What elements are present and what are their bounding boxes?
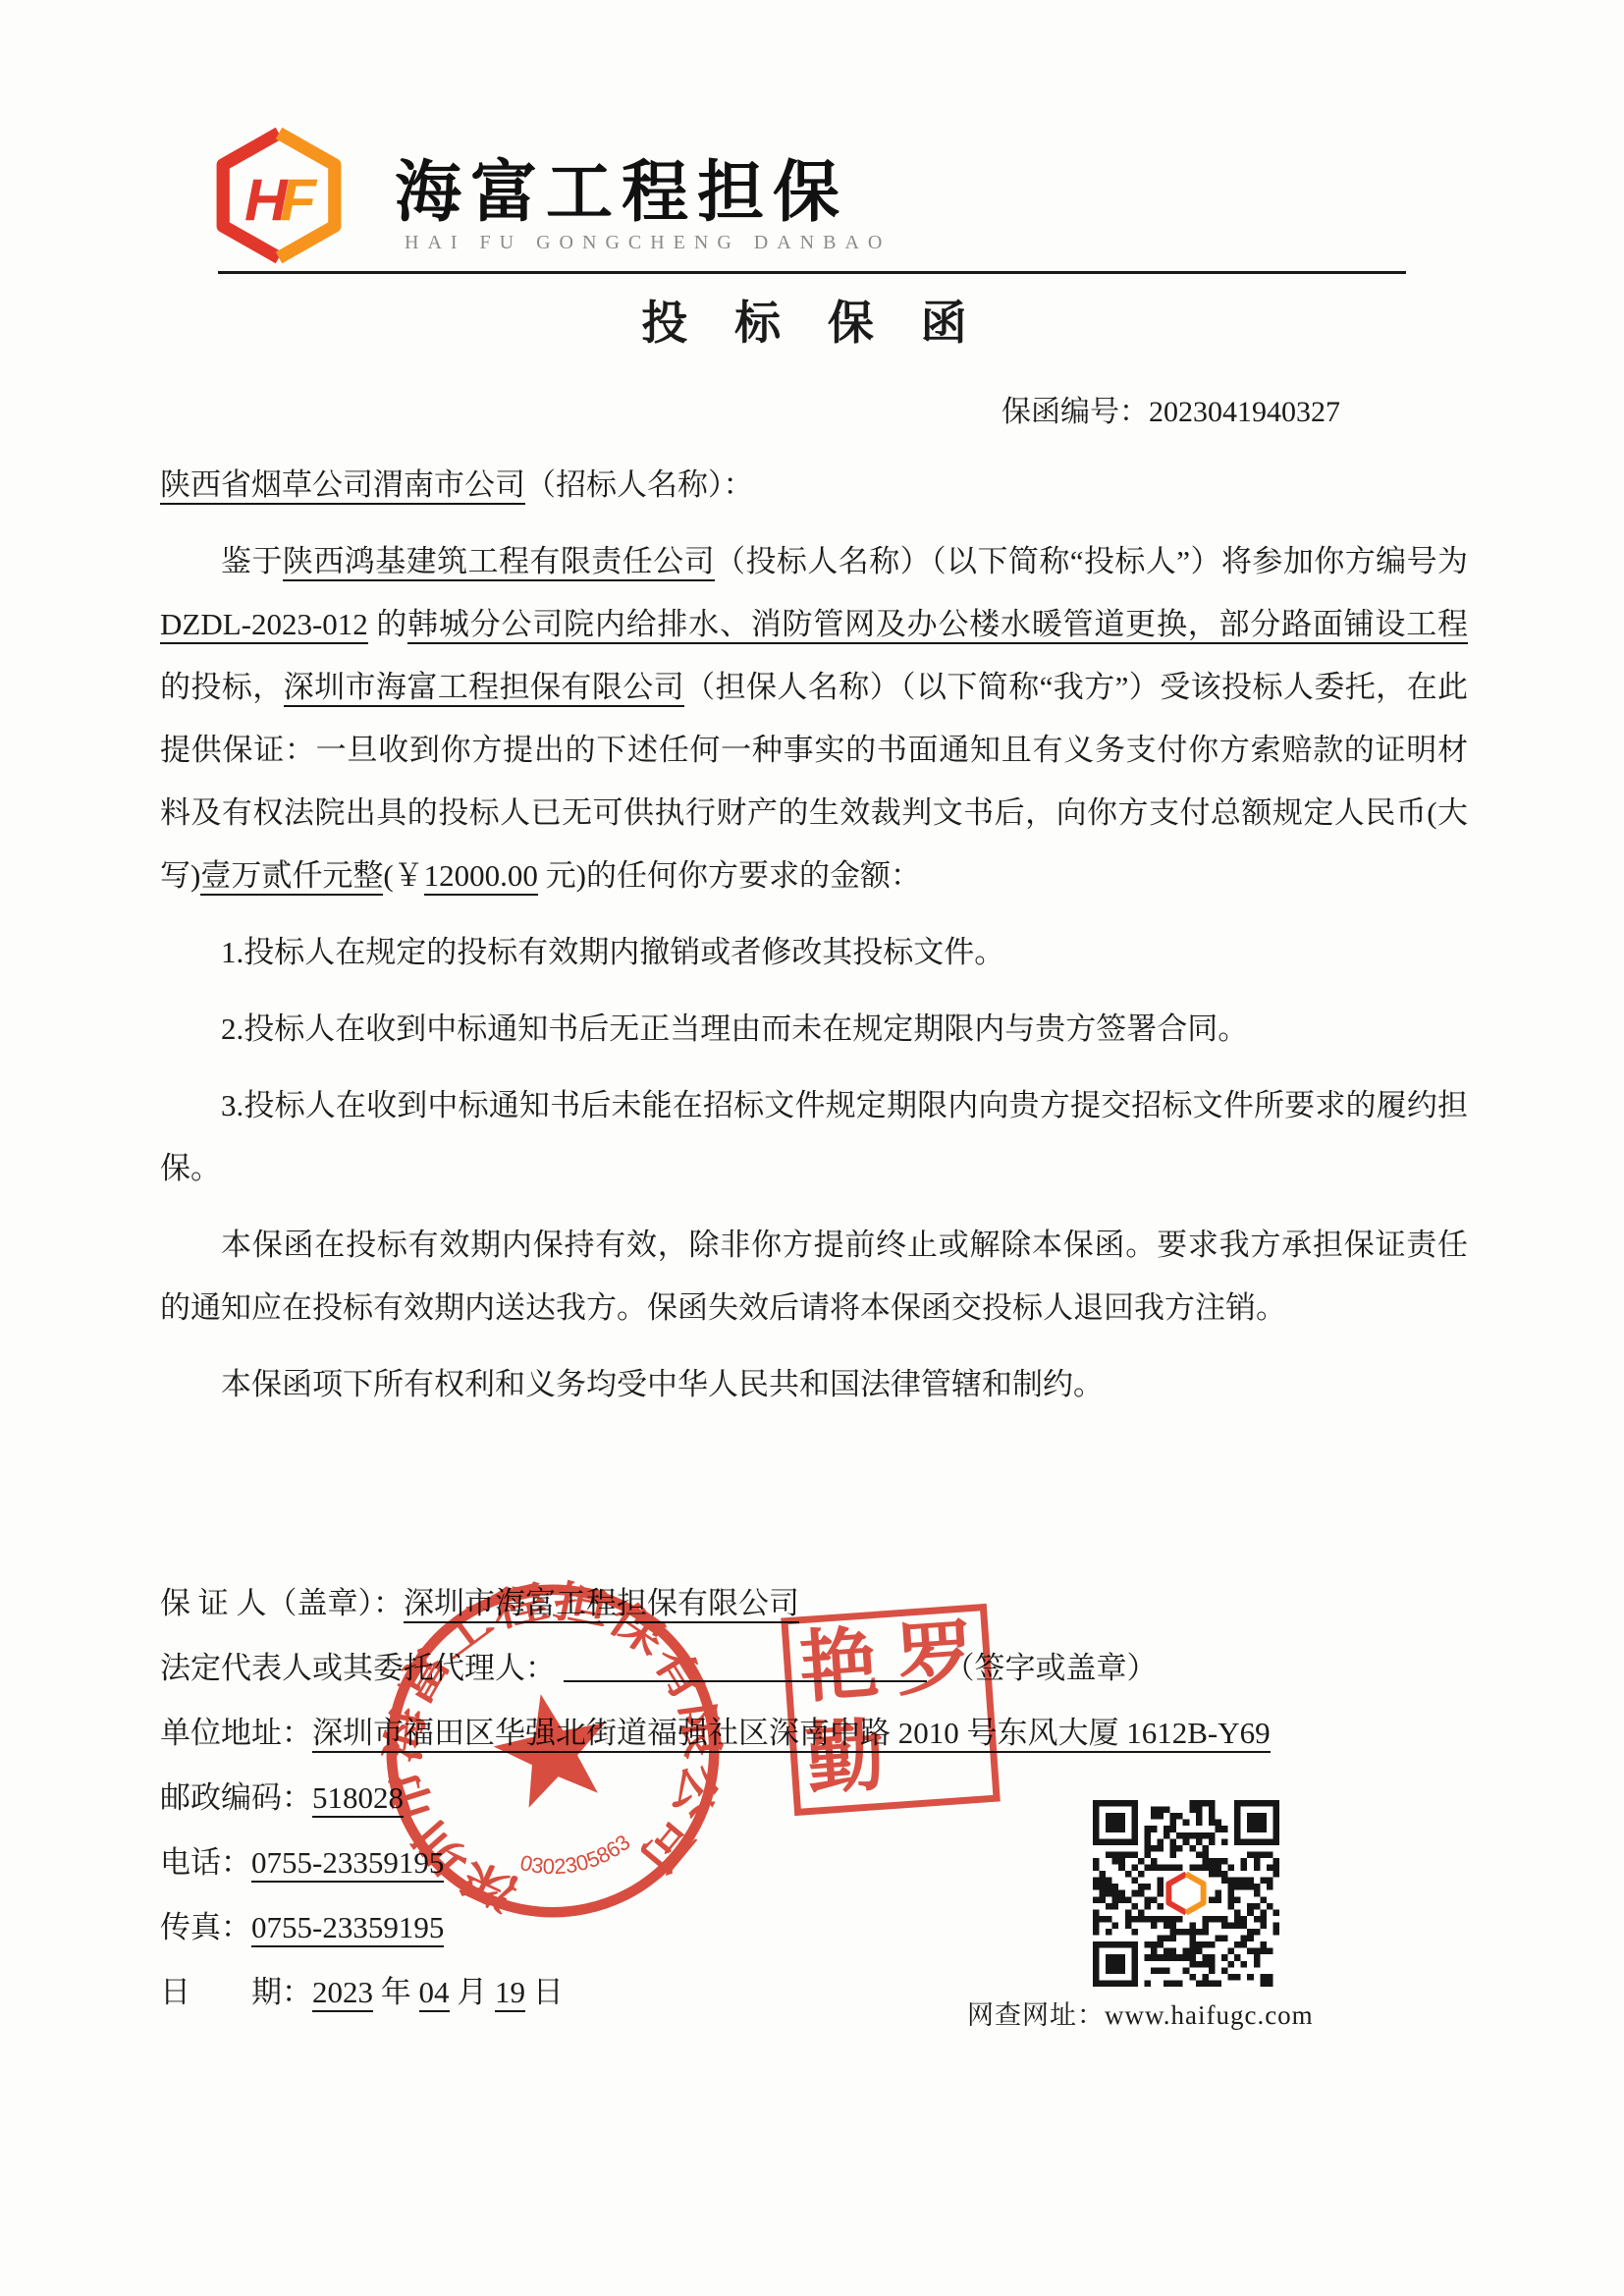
qr-code [1093,1800,1279,1987]
fax-row: 传真：0755-23359195 [160,1903,1515,1968]
document-body: 陕西省烟草公司渭南市公司（招标人名称）： 鉴于陕西鸿基建筑工程有限责任公司（投标… [160,454,1468,1416]
brand-name: 海富工程担保 [395,139,848,235]
guarantee-number-label: 保函编号： [1001,396,1149,428]
verification-url: 网查网址：www.haifugc.com [967,1994,1314,2032]
salutation: 陕西省烟草公司渭南市公司（招标人名称）： [160,454,1468,517]
body-paragraph-whereas: 鉴于陕西鸿基建筑工程有限责任公司（投标人名称）（以下简称“投标人”）将参加你方编… [160,530,1468,907]
body-list-item-3: 3.投标人在收到中标通知书后未能在招标文件规定期限内向贵方提交招标文件所要求的履… [160,1074,1468,1200]
guarantee-number-value: 2023041940327 [1149,396,1340,428]
header-divider [218,271,1406,274]
postal-code-row: 邮政编码：518028 [160,1774,1515,1838]
legal-representative-row: 法定代表人或其委托代理人： （签字或盖章） [160,1644,1515,1709]
verification-url-label: 网查网址： [967,2000,1105,2030]
brand-subtitle: HAI FU GONGCHENG DANBAO [405,232,891,254]
body-list-item-1: 1.投标人在规定的投标有效期内撤销或者修改其投标文件。 [160,921,1468,984]
document-title: 投 标 保 函 [160,287,1466,353]
body-paragraph-law: 本保函项下所有权利和义务均受中华人民共和国法律管辖和制约。 [160,1353,1468,1416]
qr-center-logo-icon [1164,1872,1208,1915]
guarantee-number: 保函编号：2023041940327 [1001,387,1340,430]
signature-block: 保 证 人（盖章）：深圳市海富工程担保有限公司 法定代表人或其委托代理人： （签… [160,1579,1515,2033]
svg-text:F: F [280,167,318,234]
verification-url-value: www.haifugc.com [1105,2000,1314,2030]
body-paragraph-validity: 本保函在投标有效期内保持有效，除非你方提前终止或解除本保函。要求我方承担保证责任… [160,1214,1468,1339]
body-list-item-2: 2.投标人在收到中标通知书后无正当理由而未在规定期限内与贵方签署合同。 [160,998,1468,1061]
haifu-logo-icon: H F [204,126,353,265]
guarantor-row: 保 证 人（盖章）：深圳市海富工程担保有限公司 [160,1579,1515,1644]
phone-row: 电话：0755-23359195 [160,1838,1515,1903]
company-address-row: 单位地址：深圳市福田区华强北街道福强社区深南中路 2010 号东风大厦 1612… [160,1709,1515,1774]
bid-guarantee-document: H F 海富工程担保 HAI FU GONGCHENG DANBAO 投 标 保… [0,0,1624,2296]
